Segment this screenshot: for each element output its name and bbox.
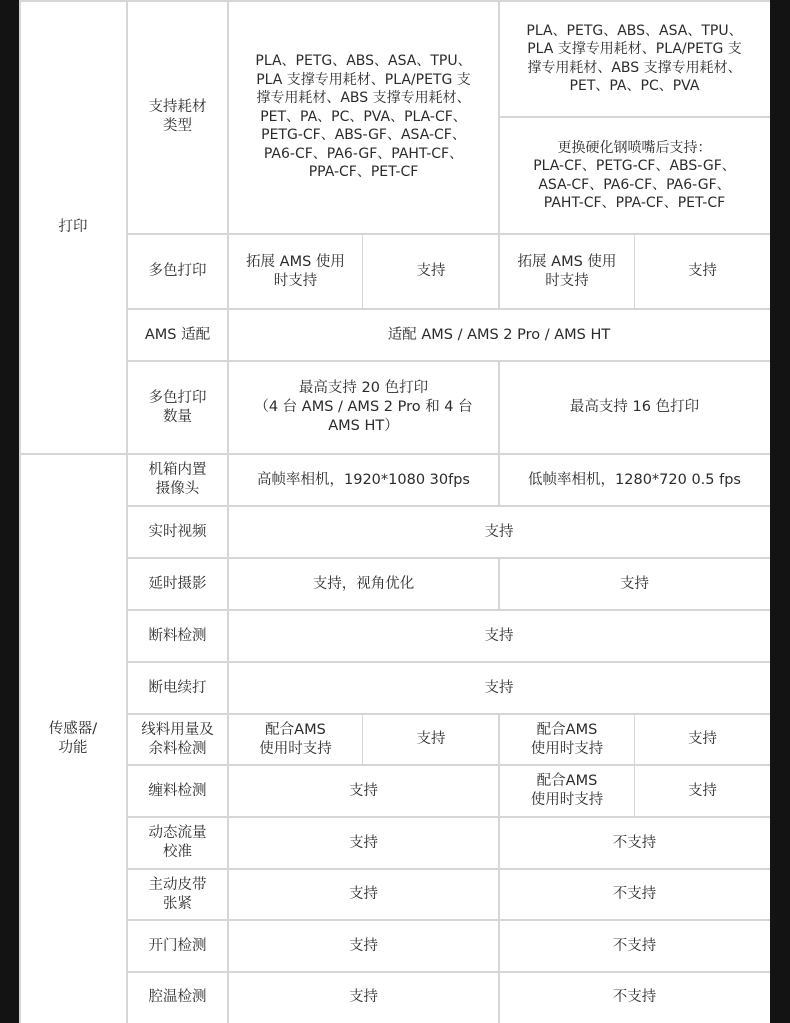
multicolor-c2: 支持 bbox=[363, 234, 499, 309]
power-loss-value: 支持 bbox=[228, 662, 770, 714]
materials-right-bottom: 更换硬化钢喷嘴后支持： PLA-CF、PETG-CF、ABS-GF、 ASA-C… bbox=[499, 117, 770, 234]
timelapse-right: 支持 bbox=[499, 558, 770, 610]
chamber-temp-right: 不支持 bbox=[499, 972, 770, 1023]
row-label-live-video: 实时视频 bbox=[127, 506, 228, 558]
multicolor-count-left: 最高支持 20 色打印 （4 台 AMS / AMS 2 Pro 和 4 台 A… bbox=[228, 361, 499, 454]
materials-right-top: PLA、PETG、ABS、ASA、TPU、 PLA 支撑专用耗材、PLA/PET… bbox=[499, 0, 770, 117]
row-label-timelapse: 延时摄影 bbox=[127, 558, 228, 610]
tangle-c3: 配合AMS 使用时支持 bbox=[499, 765, 635, 817]
grid-line bbox=[498, 361, 500, 506]
grid-line bbox=[499, 116, 770, 118]
row-label-runout: 断料检测 bbox=[127, 610, 228, 662]
grid-line bbox=[127, 557, 770, 559]
filament-usage-c1: 配合AMS 使用时支持 bbox=[228, 714, 363, 765]
grid-line bbox=[127, 919, 770, 921]
chamber-temp-left: 支持 bbox=[228, 972, 499, 1023]
materials-left: PLA、PETG、ABS、ASA、TPU、 PLA 支撑专用耗材、PLA/PET… bbox=[228, 0, 499, 234]
live-video-value: 支持 bbox=[228, 506, 770, 558]
filament-usage-c3: 配合AMS 使用时支持 bbox=[499, 714, 635, 765]
multicolor-count-right: 最高支持 16 色打印 bbox=[499, 361, 770, 454]
multicolor-c4: 支持 bbox=[635, 234, 770, 309]
tangle-left: 支持 bbox=[228, 765, 499, 817]
grid-line bbox=[362, 234, 363, 309]
multicolor-c1: 拓展 AMS 使用 时支持 bbox=[228, 234, 363, 309]
row-label-multicolor: 多色打印 bbox=[127, 234, 228, 309]
row-label-flow-cal: 动态流量 校准 bbox=[127, 817, 228, 869]
grid-line bbox=[127, 661, 770, 663]
grid-line bbox=[498, 558, 500, 610]
grid-line bbox=[127, 764, 770, 766]
grid-line bbox=[498, 0, 500, 309]
camera-right: 低帧率相机，1280*720 0.5 fps bbox=[499, 454, 770, 506]
grid-line bbox=[127, 609, 770, 611]
timelapse-left: 支持，视角优化 bbox=[228, 558, 499, 610]
row-label-materials: 支持耗材 类型 bbox=[127, 0, 228, 234]
row-label-door-detect: 开门检测 bbox=[127, 920, 228, 972]
row-label-belt-tension: 主动皮带 张紧 bbox=[127, 869, 228, 920]
tangle-c4: 支持 bbox=[635, 765, 770, 817]
grid-line bbox=[127, 713, 770, 715]
flow-cal-left: 支持 bbox=[228, 817, 499, 869]
row-label-ams-compat: AMS 适配 bbox=[127, 309, 228, 361]
grid-line bbox=[19, 453, 770, 455]
section-sensors: 传感器/ 功能 bbox=[19, 454, 127, 1023]
grid-line bbox=[634, 234, 635, 309]
grid-line bbox=[127, 360, 770, 362]
section-print: 打印 bbox=[19, 0, 127, 454]
door-detect-right: 不支持 bbox=[499, 920, 770, 972]
grid-line bbox=[127, 816, 770, 818]
grid-line bbox=[127, 971, 770, 973]
grid-line bbox=[19, 0, 21, 1023]
row-label-camera: 机箱内置 摄像头 bbox=[127, 454, 228, 506]
grid-line bbox=[362, 714, 363, 765]
grid-line bbox=[127, 233, 770, 235]
row-label-filament-usage: 线料用量及 余料检测 bbox=[127, 714, 228, 765]
multicolor-c3: 拓展 AMS 使用 时支持 bbox=[499, 234, 635, 309]
row-label-tangle: 缠料检测 bbox=[127, 765, 228, 817]
grid-line bbox=[127, 868, 770, 870]
row-label-chamber-temp: 腔温检测 bbox=[127, 972, 228, 1023]
grid-line bbox=[19, 0, 770, 2]
row-label-multicolor-count: 多色打印 数量 bbox=[127, 361, 228, 454]
spec-comparison-table: 打印 传感器/ 功能 支持耗材 类型 PLA、PETG、ABS、ASA、TPU、… bbox=[19, 0, 770, 1023]
filament-usage-c2: 支持 bbox=[363, 714, 499, 765]
flow-cal-right: 不支持 bbox=[499, 817, 770, 869]
runout-value: 支持 bbox=[228, 610, 770, 662]
belt-tension-right: 不支持 bbox=[499, 869, 770, 920]
filament-usage-c4: 支持 bbox=[635, 714, 770, 765]
door-detect-left: 支持 bbox=[228, 920, 499, 972]
camera-left: 高帧率相机，1920*1080 30fps bbox=[228, 454, 499, 506]
grid-line bbox=[127, 505, 770, 507]
grid-line bbox=[127, 308, 770, 310]
row-label-power-loss: 断电续打 bbox=[127, 662, 228, 714]
belt-tension-left: 支持 bbox=[228, 869, 499, 920]
ams-compat-value: 适配 AMS / AMS 2 Pro / AMS HT bbox=[228, 309, 770, 361]
